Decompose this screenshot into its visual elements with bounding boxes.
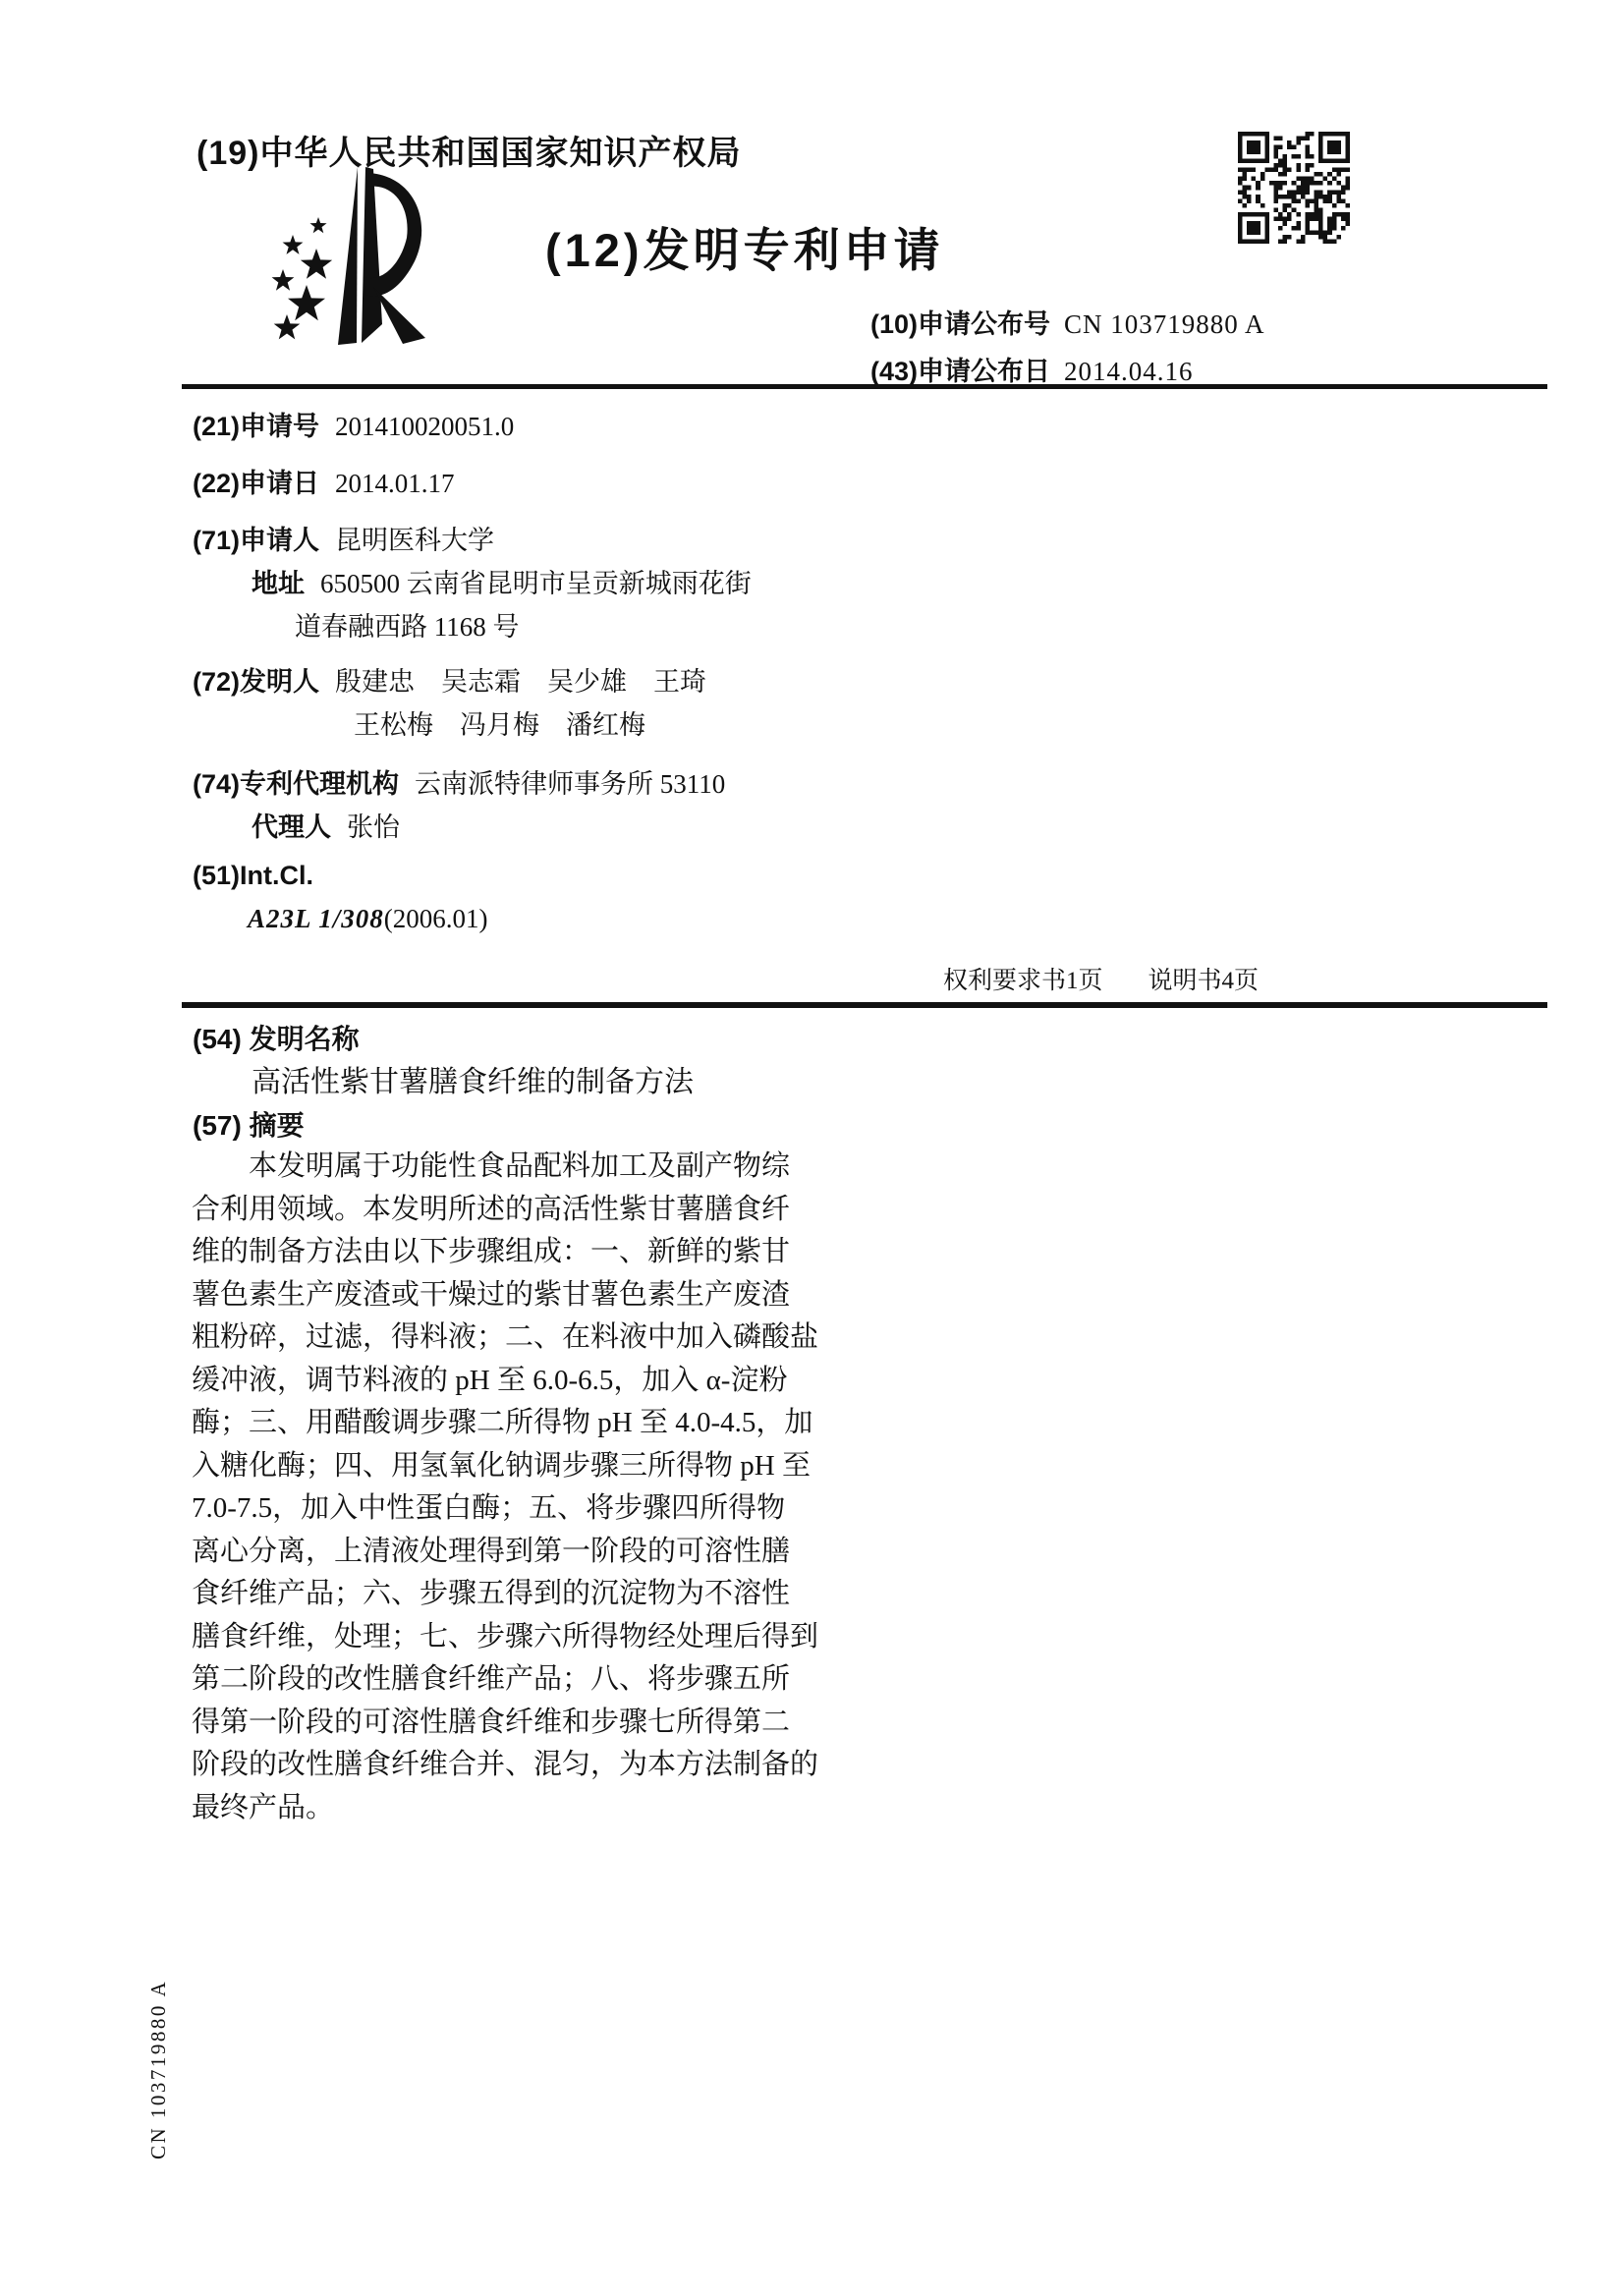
abstract-paragraph: 本发明属于功能性食品配料加工及副产物综 合利用领域。本发明所述的高活性紫甘薯膳食…: [192, 1146, 828, 1829]
agent-value: 张怡: [347, 812, 400, 842]
agent-row: 代理人张怡: [252, 806, 400, 844]
pub-number-label: (10)申请公布号: [870, 309, 1050, 339]
cnipa-logo-icon: [263, 165, 435, 347]
abstract-line: 最终产品。: [192, 1787, 828, 1830]
application-number-row: (21)申请号201410020051.0: [193, 405, 514, 443]
abstract-line: 酶；三、用醋酸调步骤二所得物 pH 至 4.0-4.5，加: [192, 1402, 828, 1445]
application-number-value: 201410020051.0: [335, 412, 514, 441]
abstract-line: 7.0-7.5，加入中性蛋白酶；五、将步骤四所得物: [192, 1487, 828, 1531]
application-date-row: (22)申请日2014.01.17: [193, 462, 455, 500]
side-publication-id: CN 103719880 A: [146, 1932, 172, 2159]
description-pages: 说明书4页: [1148, 968, 1260, 994]
applicant-address-row: 地址650500 云南省昆明市呈贡新城雨花街: [252, 562, 752, 600]
pub-date-label: (43)申请公布日: [870, 357, 1050, 386]
abstract-line: 薯色素生产废渣或干燥过的紫甘薯色素生产废渣: [192, 1274, 828, 1317]
header-rule: [182, 384, 1547, 389]
pages-info: 权利要求书1页说明书4页: [943, 961, 1454, 996]
address-label: 地址: [252, 569, 305, 598]
application-number-label: (21)申请号: [193, 412, 319, 441]
invention-name-heading: (54) 发明名称: [193, 1018, 360, 1057]
abstract-heading: (57) 摘要: [193, 1104, 305, 1144]
application-date-label: (22)申请日: [193, 469, 319, 498]
agency-value: 云南派特律师事务所 53110: [415, 769, 725, 799]
abstract-line: 第二阶段的改性膳食纤维产品；八、将步骤五所: [192, 1658, 828, 1702]
application-date-value: 2014.01.17: [335, 469, 455, 498]
pub-date-value: 2014.04.16: [1064, 357, 1194, 386]
abstract-line: 食纤维产品；六、步骤五得到的沉淀物为不溶性: [192, 1573, 828, 1616]
inventors-row: (72)发明人殷建忠 吴志霜 吴少雄 王琦: [193, 660, 706, 699]
inventors-label: (72)发明人: [193, 667, 319, 697]
abstract-line: 膳食纤维，处理；七、步骤六所得物经处理后得到: [192, 1616, 828, 1659]
abstract-line: 维的制备方法由以下步骤组成：一、新鲜的紫甘: [192, 1231, 828, 1274]
abstract-line: 合利用领域。本发明所述的高活性紫甘薯膳食纤: [192, 1189, 828, 1232]
doc-type-title: (12)发明专利申请: [545, 214, 944, 280]
pub-number-row: (10)申请公布号CN 103719880 A: [870, 303, 1265, 341]
claims-pages: 权利要求书1页: [943, 968, 1103, 994]
patent-front-page: (19)中华人民共和国国家知识产权局 (12)发明专利申请 (10: [0, 0, 1624, 2296]
ipc-class-code: A23L 1/308: [248, 904, 384, 933]
address-value-2: 道春融西路 1168 号: [295, 612, 520, 642]
abstract-line: 本发明属于功能性食品配料加工及副产物综: [192, 1146, 828, 1189]
agency-label: (74)专利代理机构: [193, 769, 399, 799]
qr-code: [1238, 132, 1350, 244]
invention-title: 高活性紫甘薯膳食纤维的制备方法: [252, 1057, 694, 1100]
abstract-line: 缓冲液，调节料液的 pH 至 6.0-6.5，加入 α-淀粉: [192, 1360, 828, 1403]
ipc-class-row: A23L 1/308(2006.01): [248, 904, 488, 934]
address-value: 650500 云南省昆明市呈贡新城雨花街: [320, 569, 752, 598]
inventors-value: 殷建忠 吴志霜 吴少雄 王琦: [335, 667, 706, 697]
applicant-address-row-2: 道春融西路 1168 号: [295, 605, 520, 644]
abstract-line: 离心分离，上清液处理得到第一阶段的可溶性膳: [192, 1531, 828, 1574]
applicant-label: (71)申请人: [193, 526, 319, 555]
abstract-line: 得第一阶段的可溶性膳食纤维和步骤七所得第二: [192, 1702, 828, 1745]
applicant-row: (71)申请人昆明医科大学: [193, 519, 494, 557]
inventors-row-2: 王松梅 冯月梅 潘红梅: [354, 703, 645, 742]
agent-label: 代理人: [252, 812, 331, 842]
ipc-class-version: (2006.01): [384, 904, 488, 933]
applicant-value: 昆明医科大学: [335, 526, 494, 555]
abstract-line: 粗粉碎，过滤，得料液；二、在料液中加入磷酸盐: [192, 1316, 828, 1360]
abstract-line: 阶段的改性膳食纤维合并、混匀，为本方法制备的: [192, 1744, 828, 1787]
section-rule: [182, 1002, 1547, 1008]
int-cl-label: (51)Int.Cl.: [193, 861, 313, 890]
agency-row: (74)专利代理机构云南派特律师事务所 53110: [193, 762, 725, 801]
abstract-line: 入糖化酶；四、用氢氧化钠调步骤三所得物 pH 至: [192, 1445, 828, 1488]
pub-date-row: (43)申请公布日2014.04.16: [870, 350, 1194, 388]
int-cl-row: (51)Int.Cl.: [193, 861, 313, 891]
inventors-value-2: 王松梅 冯月梅 潘红梅: [354, 710, 645, 740]
pub-number-value: CN 103719880 A: [1064, 309, 1265, 339]
